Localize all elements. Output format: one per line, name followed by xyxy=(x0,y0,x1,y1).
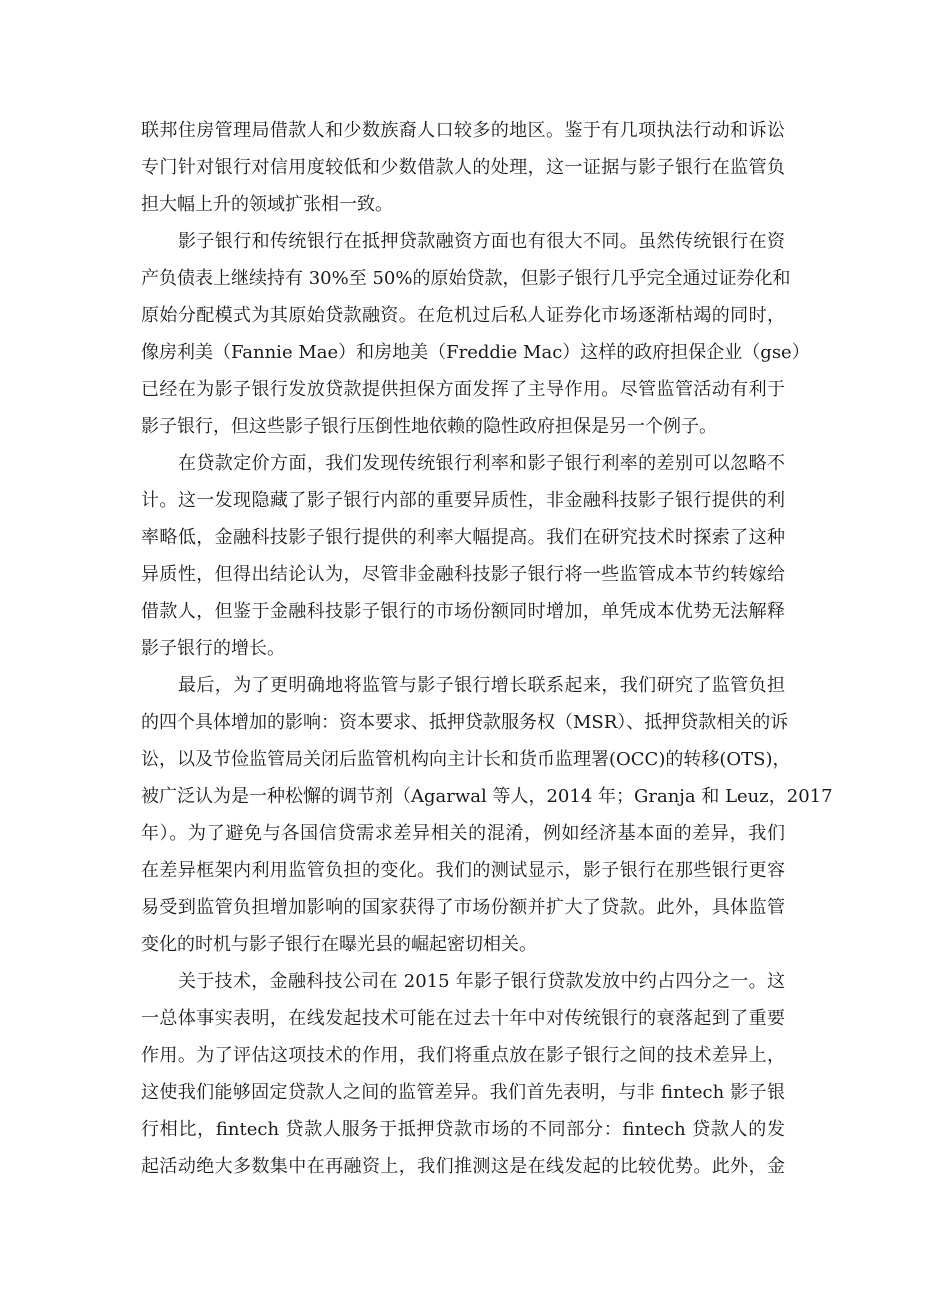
text-line: 的四个具体增加的影响：资本要求、抵押贷款服务权（MSR）、抵押贷款相关的诉 xyxy=(141,704,785,741)
text-line: 担大幅上升的领域扩张相一致。 xyxy=(141,186,785,223)
text-line: 年）。为了避免与各国信贷需求差异相关的混淆，例如经济基本面的差异，我们 xyxy=(141,815,785,852)
text-line: 这使我们能够固定贷款人之间的监管差异。我们首先表明，与非 fintech 影子银 xyxy=(141,1074,785,1111)
text-line: 专门针对银行对信用度较低和少数借款人的处理，这一证据与影子银行在监管负 xyxy=(141,149,785,186)
text-line: 率略低，金融科技影子银行提供的利率大幅提高。我们在研究技术时探索了这种 xyxy=(141,519,785,556)
text-line: 讼，以及节俭监管局关闭后监管机构向主计长和货币监理署(OCC)的转移(OTS)， xyxy=(141,741,785,778)
text-line: 关于技术，金融科技公司在 2015 年影子银行贷款发放中约占四分之一。这 xyxy=(141,963,785,1000)
paragraph-3: 在贷款定价方面，我们发现传统银行利率和影子银行利率的差别可以忽略不 计。这一发现… xyxy=(141,445,785,667)
text-line: 易受到监管负担增加影响的国家获得了市场份额并扩大了贷款。此外，具体监管 xyxy=(141,889,785,926)
text-line: 在贷款定价方面，我们发现传统银行利率和影子银行利率的差别可以忽略不 xyxy=(141,445,785,482)
paragraph-2: 影子银行和传统银行在抵押贷款融资方面也有很大不同。虽然传统银行在资 产负债表上继… xyxy=(141,223,785,445)
text-line: 异质性，但得出结论认为，尽管非金融科技影子银行将一些监管成本节约转嫁给 xyxy=(141,556,785,593)
text-line: 产负债表上继续持有 30%至 50%的原始贷款，但影子银行几乎完全通过证券化和 xyxy=(141,260,785,297)
text-line: 原始分配模式为其原始贷款融资。在危机过后私人证券化市场逐渐枯竭的同时， xyxy=(141,297,785,334)
text-line: 一总体事实表明，在线发起技术可能在过去十年中对传统银行的衰落起到了重要 xyxy=(141,1000,785,1037)
text-line: 计。这一发现隐藏了影子银行内部的重要异质性，非金融科技影子银行提供的利 xyxy=(141,482,785,519)
text-line: 作用。为了评估这项技术的作用，我们将重点放在影子银行之间的技术差异上， xyxy=(141,1037,785,1074)
text-line: 影子银行的增长。 xyxy=(141,630,785,667)
text-line: 被广泛认为是一种松懈的调节剂（Agarwal 等人，2014 年；Granja … xyxy=(141,778,785,815)
text-line: 像房利美（Fannie Mae）和房地美（Freddie Mac）这样的政府担保… xyxy=(141,334,785,371)
text-line: 行相比，fintech 贷款人服务于抵押贷款市场的不同部分：fintech 贷款… xyxy=(141,1111,785,1148)
paragraph-1: 联邦住房管理局借款人和少数族裔人口较多的地区。鉴于有几项执法行动和诉讼 专门针对… xyxy=(141,112,785,223)
text-line: 在差异框架内利用监管负担的变化。我们的测试显示，影子银行在那些银行更容 xyxy=(141,852,785,889)
text-line: 最后，为了更明确地将监管与影子银行增长联系起来，我们研究了监管负担 xyxy=(141,667,785,704)
paragraph-5: 关于技术，金融科技公司在 2015 年影子银行贷款发放中约占四分之一。这 一总体… xyxy=(141,963,785,1185)
text-line: 影子银行，但这些影子银行压倒性地依赖的隐性政府担保是另一个例子。 xyxy=(141,408,785,445)
text-line: 起活动绝大多数集中在再融资上，我们推测这是在线发起的比较优势。此外，金 xyxy=(141,1148,785,1185)
document-page: 联邦住房管理局借款人和少数族裔人口较多的地区。鉴于有几项执法行动和诉讼 专门针对… xyxy=(141,112,785,1185)
text-line: 已经在为影子银行发放贷款提供担保方面发挥了主导作用。尽管监管活动有利于 xyxy=(141,371,785,408)
text-line: 联邦住房管理局借款人和少数族裔人口较多的地区。鉴于有几项执法行动和诉讼 xyxy=(141,112,785,149)
paragraph-4: 最后，为了更明确地将监管与影子银行增长联系起来，我们研究了监管负担 的四个具体增… xyxy=(141,667,785,963)
text-line: 影子银行和传统银行在抵押贷款融资方面也有很大不同。虽然传统银行在资 xyxy=(141,223,785,260)
text-line: 借款人，但鉴于金融科技影子银行的市场份额同时增加，单凭成本优势无法解释 xyxy=(141,593,785,630)
text-line: 变化的时机与影子银行在曝光县的崛起密切相关。 xyxy=(141,926,785,963)
